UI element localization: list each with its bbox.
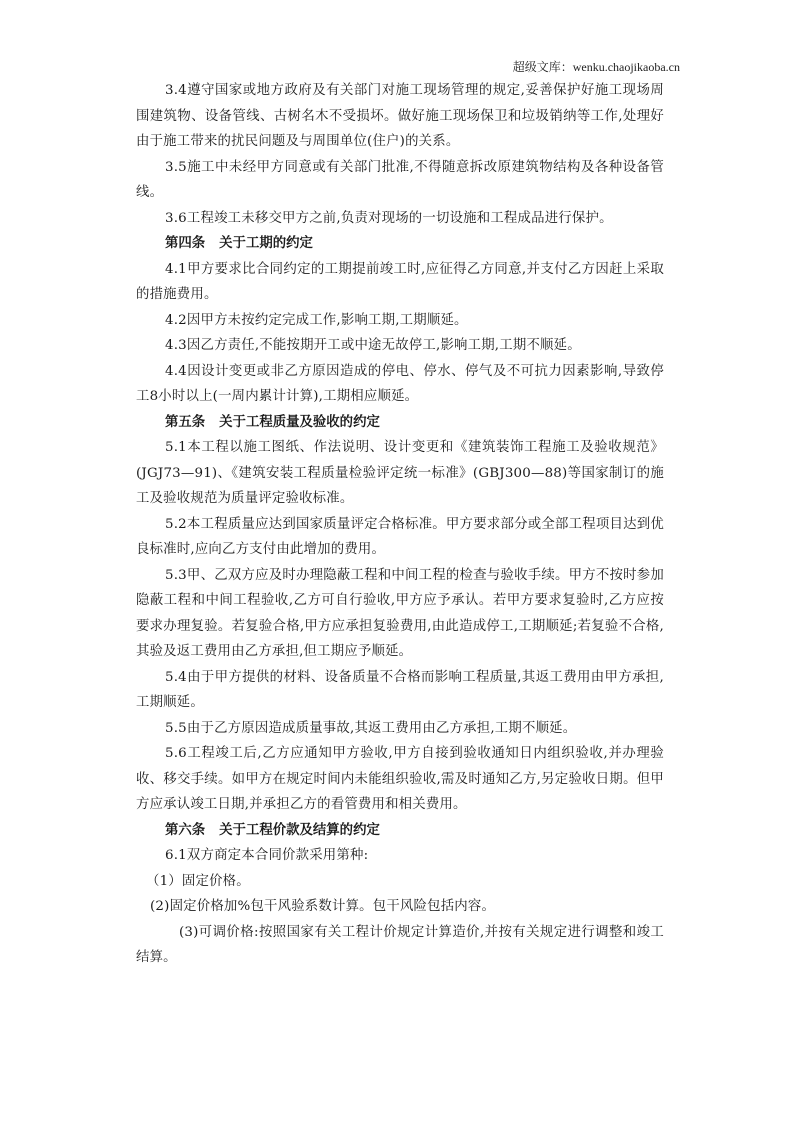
clause-5-3: 5.3甲、乙双方应及时办理隐蔽工程和中间工程的检查与验收手续。甲方不按时参加隐蔽… bbox=[136, 563, 664, 665]
pricing-option-3: (3)可调价格:按照国家有关工程计价规定计算造价,并按有关规定进行调整和竣工结算… bbox=[136, 920, 664, 971]
clause-5-2: 5.2本工程质量应达到国家质量评定合格标准。甲方要求部分或全部工程项目达到优良标… bbox=[136, 512, 664, 563]
article-number: 第六条 bbox=[165, 823, 205, 838]
clause-4-1: 4.1甲方要求比合同约定的工期提前竣工时,应征得乙方同意,并支付乙方因赶上采取的… bbox=[136, 257, 664, 308]
clause-4-3: 4.3因乙方责任,不能按期开工或中途无故停工,影响工期,工期不顺延。 bbox=[136, 333, 664, 359]
article-title: 关于工期的约定 bbox=[219, 236, 313, 251]
article-6-heading: 第六条关于工程价款及结算的约定 bbox=[136, 818, 664, 844]
clause-3-6: 3.6工程竣工未移交甲方之前,负责对现场的一切设施和工程成品进行保护。 bbox=[136, 206, 664, 232]
clause-3-4: 3.4遵守国家或地方政府及有关部门对施工现场管理的规定,妥善保护好施工现场周围建… bbox=[136, 78, 664, 155]
clause-5-6: 5.6工程竣工后,乙方应通知甲方验收,甲方自接到验收通知日内组织验收,并办理验收… bbox=[136, 741, 664, 818]
pricing-option-1: （1）固定价格。 bbox=[136, 869, 664, 895]
pricing-option-2: (2)固定价格加%包干风验系数计算。包干风险包括内容。 bbox=[136, 894, 664, 920]
article-4-heading: 第四条关于工期的约定 bbox=[136, 231, 664, 257]
site-watermark: 超级文库：wenku.chaojikaoba.cn bbox=[513, 58, 680, 75]
article-title: 关于工程价款及结算的约定 bbox=[219, 823, 380, 838]
article-5-heading: 第五条关于工程质量及验收的约定 bbox=[136, 410, 664, 436]
clause-5-1: 5.1本工程以施工图纸、作法说明、设计变更和《建筑装饰工程施工及验收规范》(JG… bbox=[136, 435, 664, 512]
article-number: 第四条 bbox=[165, 236, 205, 251]
clause-6-1: 6.1双方商定本合同价款采用第种: bbox=[136, 843, 664, 869]
clause-5-4: 5.4由于甲方提供的材料、设备质量不合格而影响工程质量,其返工费用由甲方承担,工… bbox=[136, 665, 664, 716]
article-title: 关于工程质量及验收的约定 bbox=[219, 415, 380, 430]
document-body: 3.4遵守国家或地方政府及有关部门对施工现场管理的规定,妥善保护好施工现场周围建… bbox=[136, 78, 664, 971]
clause-4-2: 4.2因甲方未按约定完成工作,影响工期,工期顺延。 bbox=[136, 308, 664, 334]
clause-5-5: 5.5由于乙方原因造成质量事故,其返工费用由乙方承担,工期不顺延。 bbox=[136, 716, 664, 742]
clause-3-5: 3.5施工中未经甲方同意或有关部门批准,不得随意拆改原建筑物结构及各种设备管线。 bbox=[136, 155, 664, 206]
clause-4-4: 4.4因设计变更或非乙方原因造成的停电、停水、停气及不可抗力因素影响,导致停工8… bbox=[136, 359, 664, 410]
article-number: 第五条 bbox=[165, 415, 205, 430]
